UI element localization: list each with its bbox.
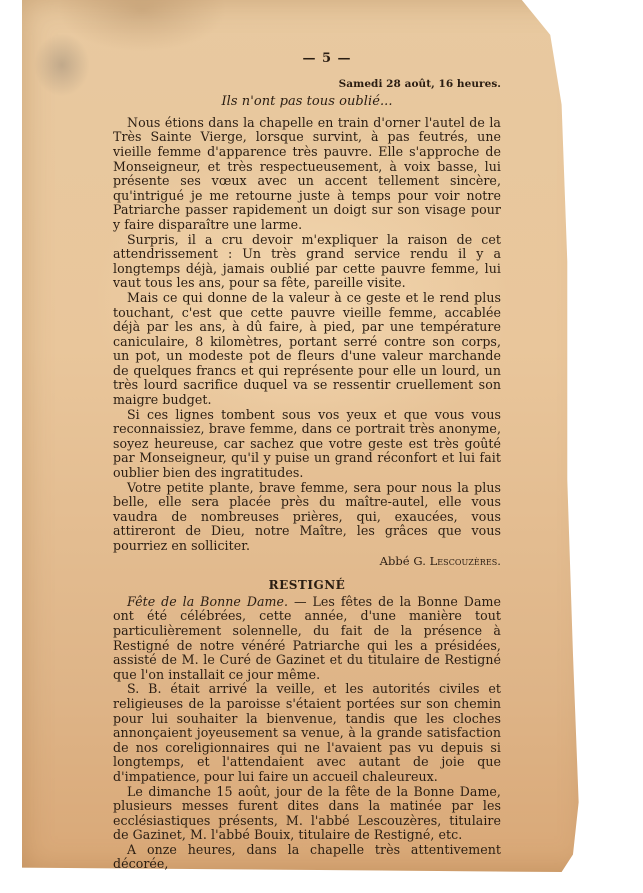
- article-title: Ils n'ont pas tous oublié...: [113, 95, 501, 110]
- article1-paragraph-2: Surpris, il a cru devoir m'expliquer la …: [113, 233, 501, 291]
- dateline: Samedi 28 août, 16 heures.: [113, 77, 501, 92]
- article2-lead-paragraph: Fête de la Bonne Dame. — Les fêtes de la…: [113, 595, 501, 683]
- article1-paragraph-5: Votre petite plante, brave femme, sera p…: [113, 481, 501, 554]
- article1-paragraph-3: Mais ce qui donne de la valeur à ce gest…: [113, 291, 501, 408]
- signature-name: Lescouzères.: [430, 554, 501, 568]
- article1-paragraph-4: Si ces lignes tombent sous vos yeux et q…: [113, 408, 501, 481]
- article1-paragraph-1: Nous étions dans la chapelle en train d'…: [113, 116, 501, 233]
- article2-paragraph-1: S. B. était arrivé la veille, et les aut…: [113, 682, 501, 784]
- signature-prefix: Abbé G.: [380, 554, 430, 568]
- article2-paragraph-2: Le dimanche 15 août, jour de la fête de …: [113, 785, 501, 843]
- page-number: — 5 —: [153, 52, 501, 67]
- lead-italic: Fête de la Bonne Dame.: [127, 594, 288, 609]
- section-heading: RESTIGNÉ: [113, 578, 501, 593]
- signature: Abbé G. Lescouzères.: [113, 554, 501, 569]
- article2-paragraph-3: A onze heures, dans la chapelle très att…: [113, 843, 501, 872]
- text-column: — 5 — Samedi 28 août, 16 heures. Ils n'o…: [113, 52, 501, 872]
